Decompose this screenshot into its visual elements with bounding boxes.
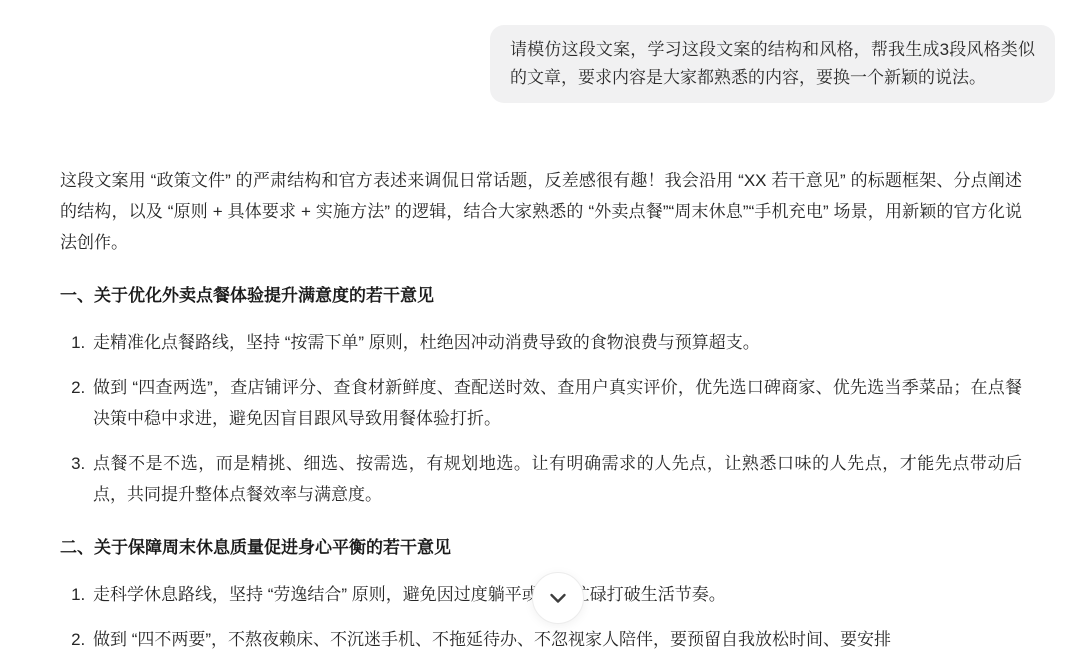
section-heading-1: 一、关于优化外卖点餐体验提升满意度的若干意见 <box>60 280 1022 311</box>
chevron-down-icon <box>547 587 569 609</box>
user-message-bubble: 请模仿这段文案，学习这段文案的结构和风格，帮我生成3段风格类似的文章，要求内容是… <box>490 25 1055 103</box>
list-item: 做到 “四不两要”，不熬夜赖床、不沉迷手机、不拖延待办、不忽视家人陪伴，要预留自… <box>90 624 1022 655</box>
scroll-to-bottom-button[interactable] <box>532 572 584 624</box>
chat-viewport: 请模仿这段文案，学习这段文案的结构和风格，帮我生成3段风格类似的文章，要求内容是… <box>0 0 1080 655</box>
list-item: 走精准化点餐路线，坚持 “按需下单” 原则，杜绝因冲动消费导致的食物浪费与预算超… <box>90 327 1022 358</box>
assistant-intro-paragraph: 这段文案用 “政策文件” 的严肃结构和官方表述来调侃日常话题，反差感很有趣！我会… <box>60 165 1022 258</box>
list-item: 点餐不是不选，而是精挑、细选、按需选，有规划地选。让有明确需求的人先点，让熟悉口… <box>90 448 1022 510</box>
list-item: 做到 “四查两选”，查店铺评分、查食材新鲜度、查配送时效、查用户真实评价，优先选… <box>90 372 1022 434</box>
user-message-row: 请模仿这段文案，学习这段文案的结构和风格，帮我生成3段风格类似的文章，要求内容是… <box>0 0 1080 103</box>
section-heading-2: 二、关于保障周末休息质量促进身心平衡的若干意见 <box>60 532 1022 563</box>
opinion-list-1: 走精准化点餐路线，坚持 “按需下单” 原则，杜绝因冲动消费导致的食物浪费与预算超… <box>60 327 1022 510</box>
